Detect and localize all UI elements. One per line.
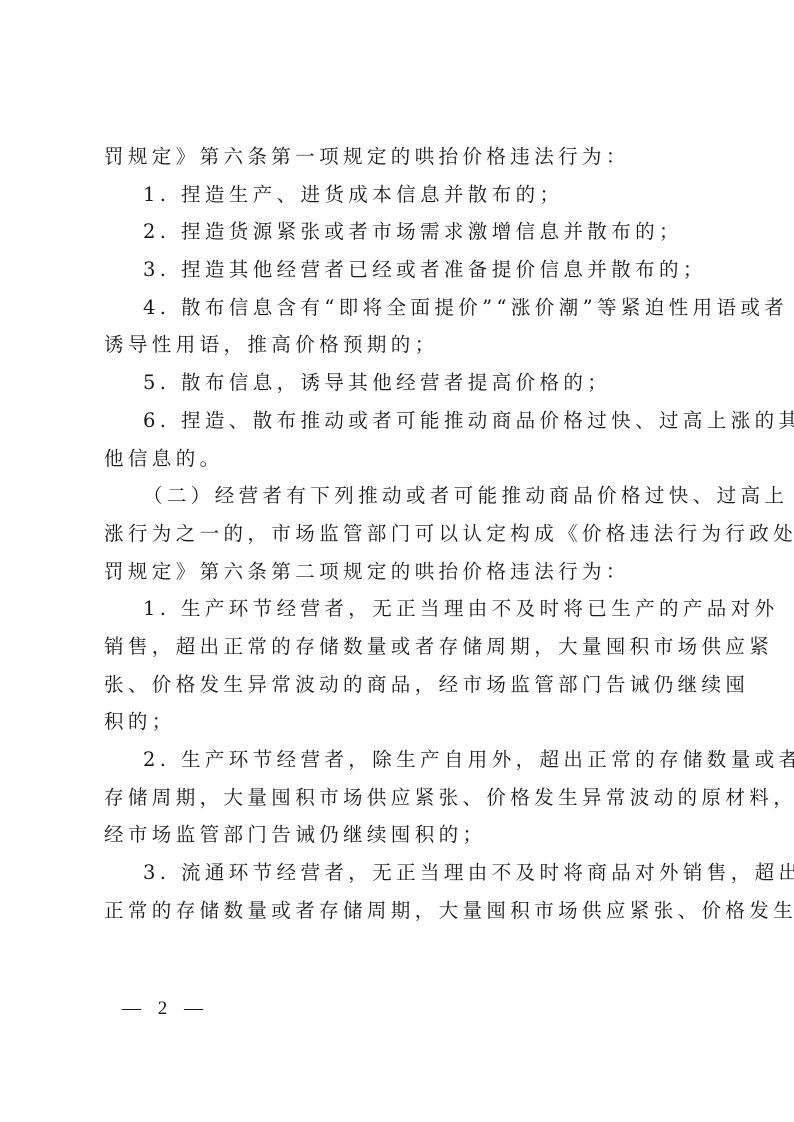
text-line: 罚规定》第六条第一项规定的哄抬价格违法行为： (104, 138, 694, 176)
text-line: 4. 散布信息含有“即将全面提价”“涨价潮”等紧迫性用语或者 (104, 289, 694, 327)
text-line: 2. 生产环节经营者，除生产自用外，超出正常的存储数量或者 (104, 741, 694, 779)
text-line: 1. 捏造生产、进货成本信息并散布的； (104, 176, 694, 214)
text-line: 6. 捏造、散布推动或者可能推动商品价格过快、过高上涨的其 (104, 402, 694, 440)
text-line: 存储周期，大量囤积市场供应紧张、价格发生异常波动的原材料， (104, 779, 694, 817)
text-line: 正常的存储数量或者存储周期，大量囤积市场供应紧张、价格发生 (104, 892, 694, 930)
text-line: 罚规定》第六条第二项规定的哄抬价格违法行为： (104, 553, 694, 591)
document-body: 罚规定》第六条第一项规定的哄抬价格违法行为： 1. 捏造生产、进货成本信息并散布… (104, 138, 694, 929)
text-line: 诱导性用语，推高价格预期的； (104, 326, 694, 364)
text-line: 销售，超出正常的存储数量或者存储周期，大量囤积市场供应紧 (104, 628, 694, 666)
text-line: 3. 捏造其他经营者已经或者准备提价信息并散布的； (104, 251, 694, 289)
text-line: 他信息的。 (104, 440, 694, 478)
page-number: — 2 — (122, 998, 209, 1020)
text-line: 2. 捏造货源紧张或者市场需求激增信息并散布的； (104, 213, 694, 251)
text-line: 3. 流通环节经营者，无正当理由不及时将商品对外销售，超出 (104, 854, 694, 892)
text-line: 涨行为之一的，市场监管部门可以认定构成《价格违法行为行政处 (104, 515, 694, 553)
text-line: 5. 散布信息，诱导其他经营者提高价格的； (104, 364, 694, 402)
text-line: （二）经营者有下列推动或者可能推动商品价格过快、过高上 (104, 477, 694, 515)
text-line: 1. 生产环节经营者，无正当理由不及时将已生产的产品对外 (104, 590, 694, 628)
text-line: 张、价格发生异常波动的商品，经市场监管部门告诫仍继续囤 (104, 666, 694, 704)
text-line: 经市场监管部门告诫仍继续囤积的； (104, 816, 694, 854)
text-line: 积的； (104, 703, 694, 741)
